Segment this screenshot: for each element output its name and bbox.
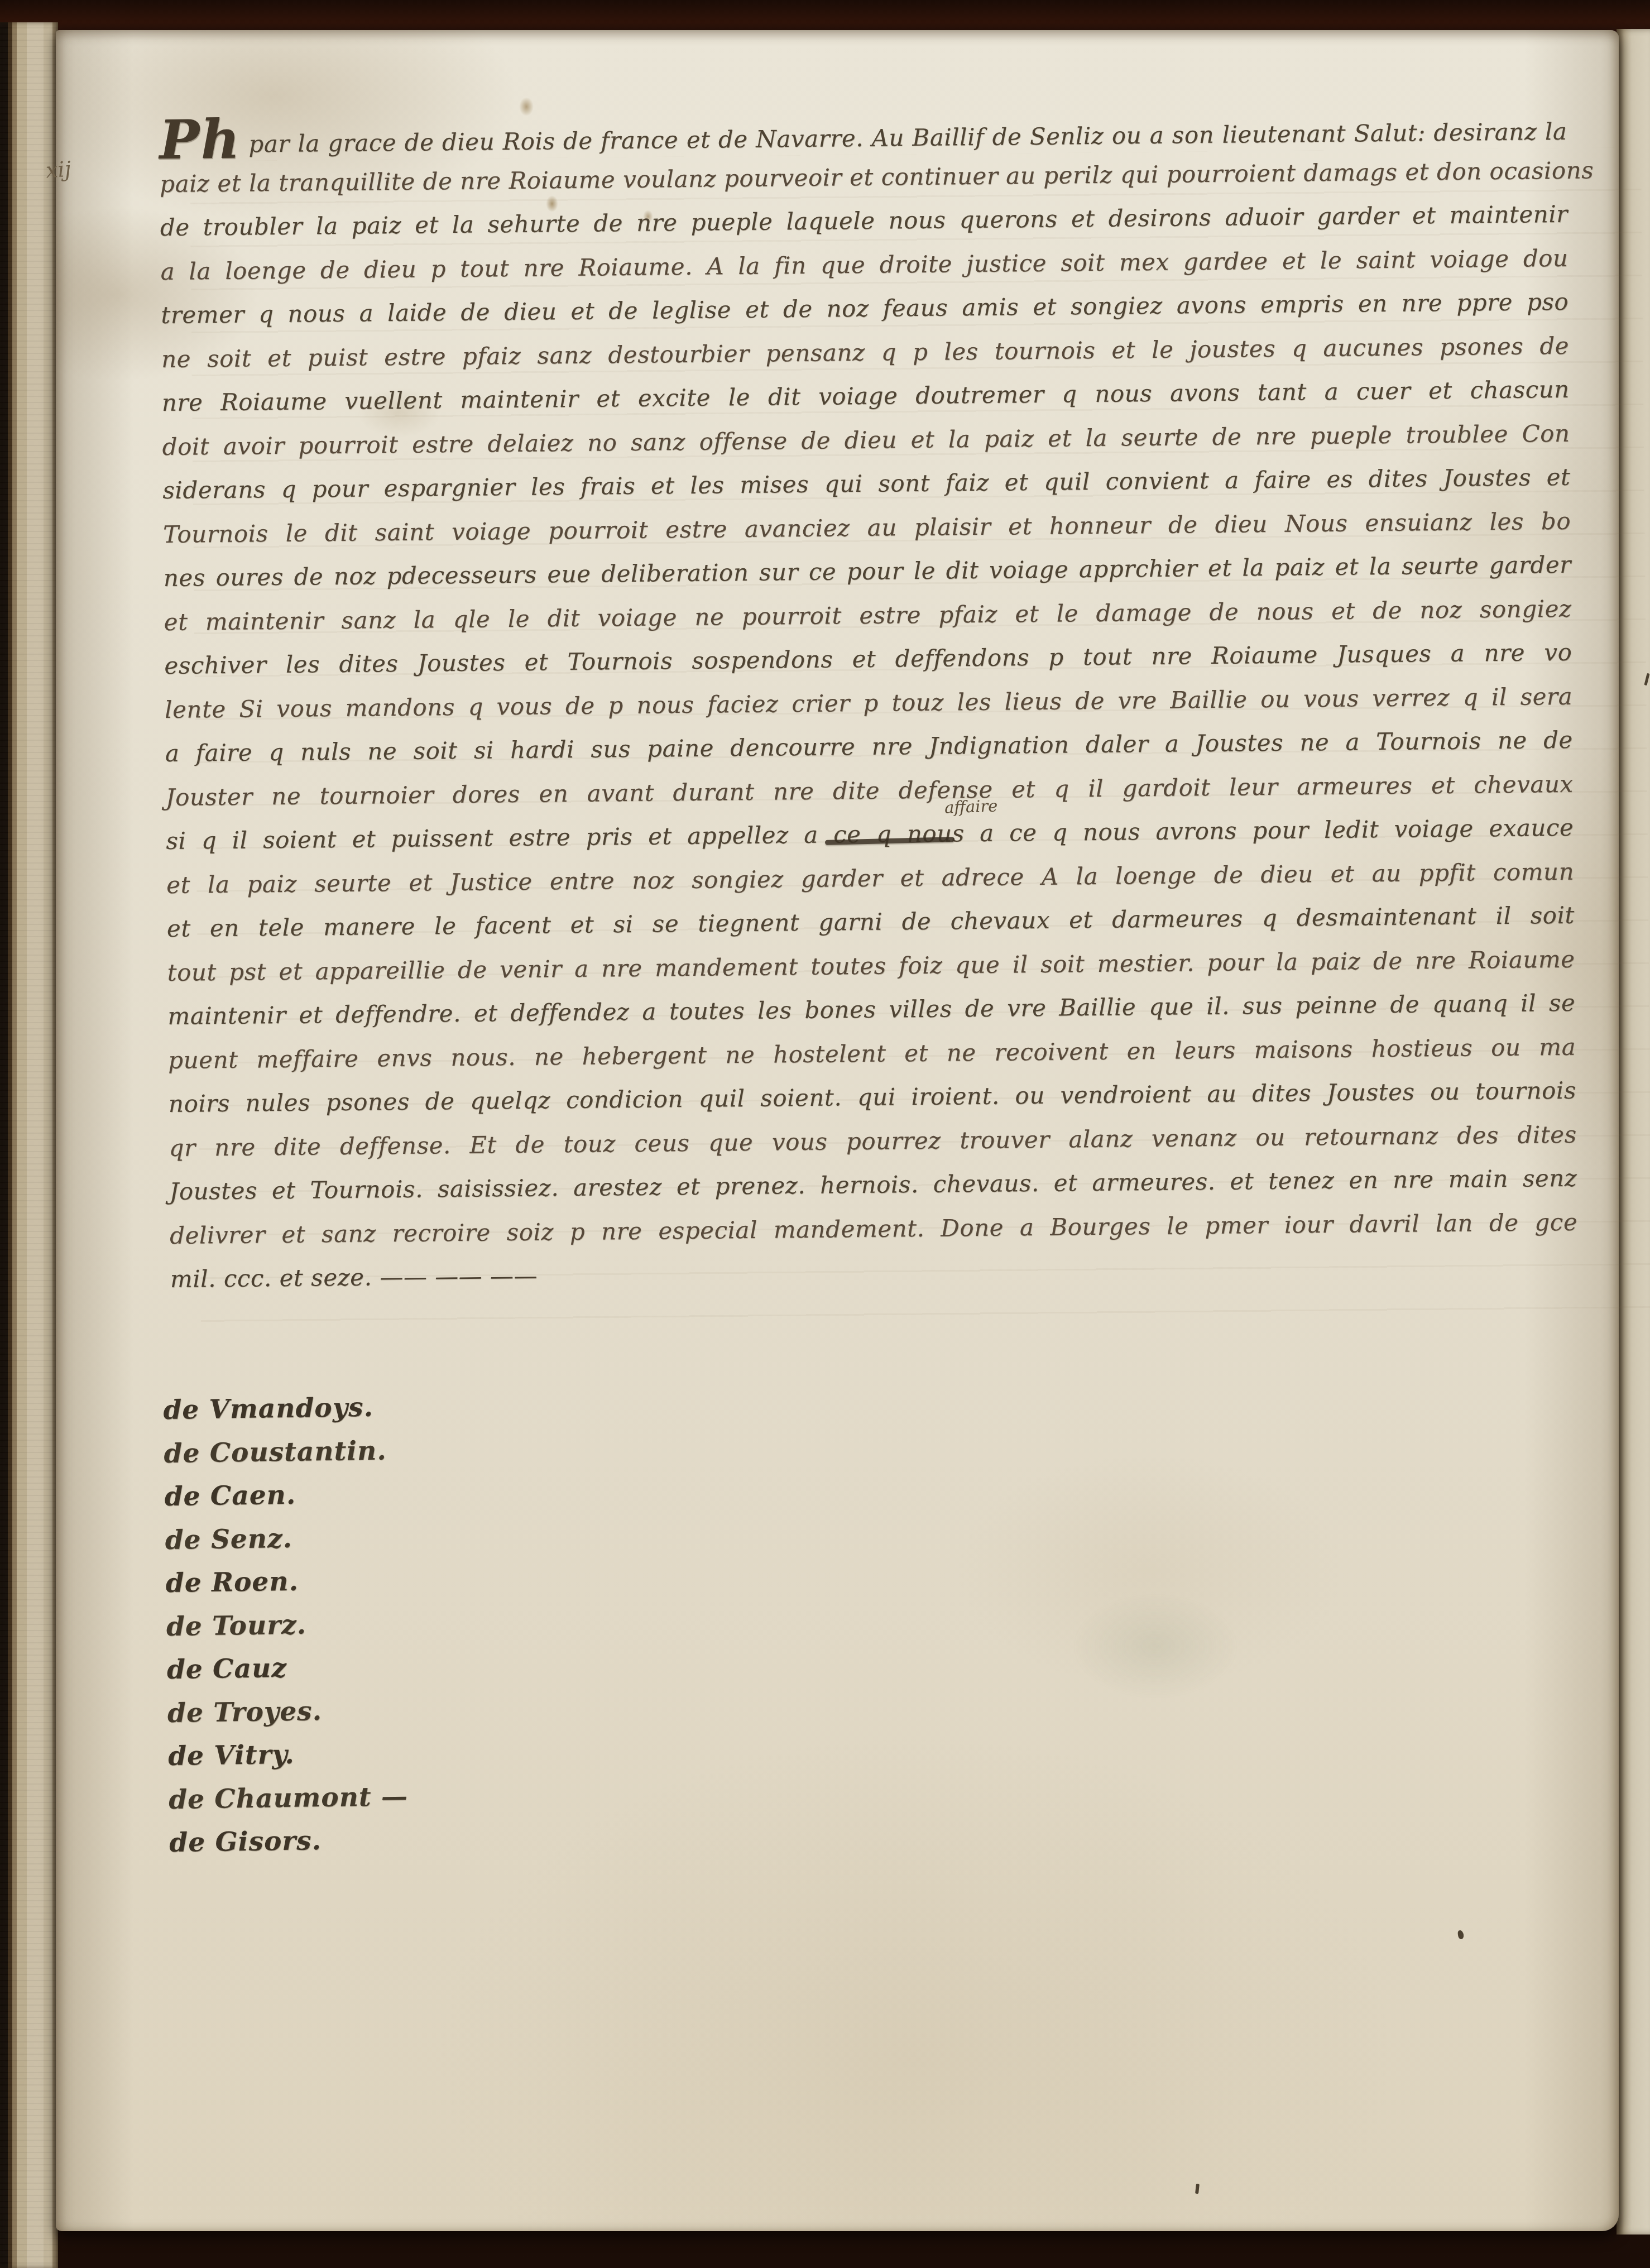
book-gutter-page-edges — [0, 22, 58, 2268]
show-through-mark — [1072, 1593, 1239, 1699]
interlinear-addition: affaire — [944, 796, 998, 817]
ink-speck — [1457, 1930, 1464, 1939]
list-item: de Senz. — [165, 1515, 405, 1561]
list-item: de Vitry. — [168, 1732, 408, 1778]
ordinance-text-block: Phpar la grace de dieu Rois de france et… — [159, 105, 1578, 1302]
manuscript-photograph: xij Phpar la grace de dieu Rois de franc… — [0, 0, 1650, 2268]
bailliage-list: de Vmandoys.de Coustantin.de Caen.de Sen… — [163, 1385, 409, 1864]
list-item: de Chaumont — — [169, 1775, 409, 1821]
list-item: de Cauz — [166, 1645, 406, 1691]
list-item: de Gisors. — [169, 1818, 409, 1864]
ink-speck — [1195, 2184, 1200, 2194]
list-item: de Troyes. — [167, 1688, 407, 1734]
list-item: de Roen. — [165, 1559, 405, 1605]
stain — [519, 97, 534, 116]
list-item: de Tourz. — [166, 1601, 406, 1648]
list-item: de Caen. — [164, 1472, 404, 1518]
list-item: de Vmandoys. — [163, 1385, 403, 1432]
list-item: de Coustantin. — [164, 1429, 404, 1475]
folio-number: xij — [45, 156, 72, 183]
